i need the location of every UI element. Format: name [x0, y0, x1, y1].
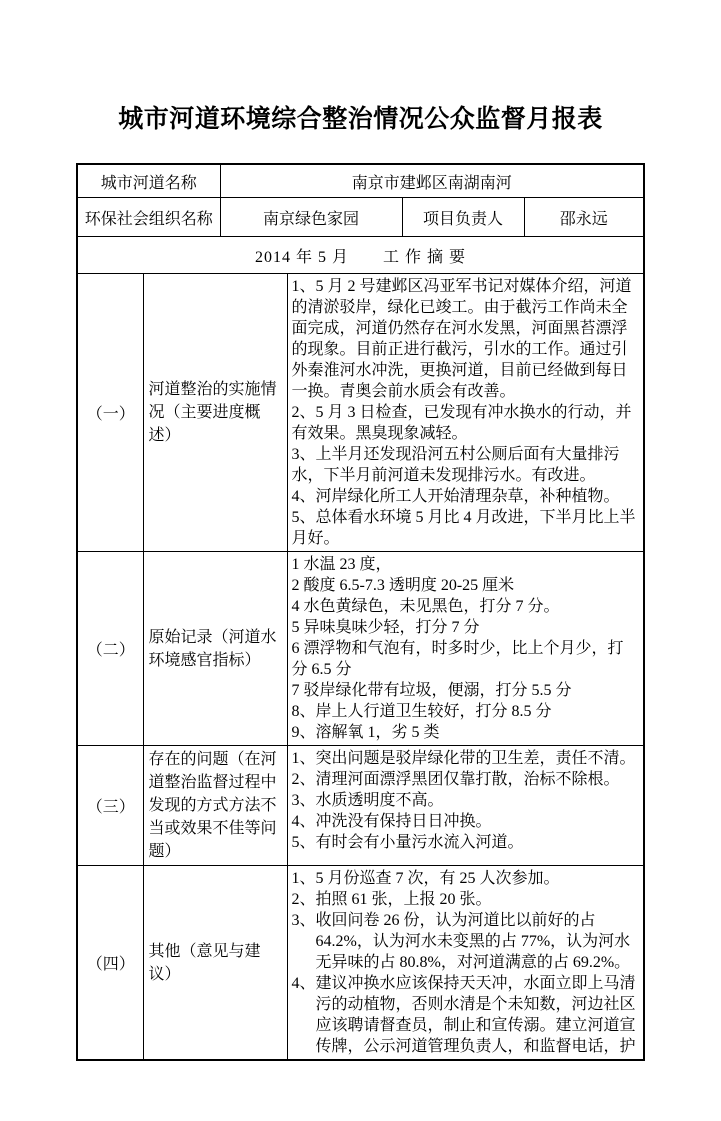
content-line: 4 水色黄绿色，未见黑色，打分 7 分。 — [292, 596, 640, 617]
content-line: 5、总体看水环境 5 月比 4 月改进，下半月比上半月好。 — [292, 507, 640, 549]
section-3-number: （三） — [77, 746, 144, 866]
content-line: 7 驳岸绿化带有垃圾，便溺，打分 5.5 分 — [292, 680, 640, 701]
content-line: 3、收回问卷 26 份，认为河道比以前好的占 64.2%，认为河水未变黑的占 7… — [292, 910, 640, 973]
section-2-content: 1 水温 23 度， 2 酸度 6.5-7.3 透明度 20-25 厘米 4 水… — [287, 552, 644, 746]
row-summary-header: 2014 年 5 月 工 作 摘 要 — [77, 237, 644, 274]
project-leader-value: 邵永远 — [524, 198, 644, 237]
river-name-value: 南京市建邺区南湖南河 — [220, 164, 644, 198]
content-line: 1、5 月 2 号建邺区冯亚军书记对媒体介绍，河道的清淤驳岸，绿化已竣工。由于截… — [292, 276, 640, 402]
section-1-number: （一） — [77, 274, 144, 552]
section-row-3: （三） 存在的问题（在河道整治监督过程中发现的方式方法不当或效果不佳等问题） 1… — [77, 746, 644, 866]
org-name-value: 南京绿色家园 — [220, 198, 402, 237]
section-3-content: 1、突出问题是驳岸绿化带的卫生差，责任不清。 2、清理河面漂浮黑团仅靠打散，治标… — [287, 746, 644, 866]
content-line: 4、建议冲换水应该保持天天冲，水面立即上马清污的动植物，否则水清是个未知数，河边… — [292, 973, 640, 1057]
content-line: 3、水质透明度不高。 — [292, 790, 640, 811]
section-2-number: （二） — [77, 552, 144, 746]
document-page: 城市河道环境综合整治情况公众监督月报表 城市河道名称 南京市建邺区南湖南河 环保… — [0, 0, 721, 1121]
org-name-label: 环保社会组织名称 — [77, 198, 220, 237]
content-line: 1、5 月份巡查 7 次，有 25 人次参加。 — [292, 868, 640, 889]
content-line: 9、溶解氧 1，劣 5 类 — [292, 722, 640, 743]
section-2-label: 原始记录（河道水环境感官指标） — [144, 552, 287, 746]
report-table: 城市河道名称 南京市建邺区南湖南河 环保社会组织名称 南京绿色家园 项目负责人 … — [76, 163, 645, 1061]
section-row-2: （二） 原始记录（河道水环境感官指标） 1 水温 23 度， 2 酸度 6.5-… — [77, 552, 644, 746]
content-line: 8、岸上人行道卫生较好，打分 8.5 分 — [292, 701, 640, 722]
section-1-content: 1、5 月 2 号建邺区冯亚军书记对媒体介绍，河道的清淤驳岸，绿化已竣工。由于截… — [287, 274, 644, 552]
page-title: 城市河道环境综合整治情况公众监督月报表 — [0, 0, 721, 135]
project-leader-label: 项目负责人 — [402, 198, 524, 237]
section-row-4: （四） 其他（意见与建议） 1、5 月份巡查 7 次，有 25 人次参加。 2、… — [77, 866, 644, 1061]
content-line: 2 酸度 6.5-7.3 透明度 20-25 厘米 — [292, 575, 640, 596]
content-line: 3、上半月还发现沿河五村公厕后面有大量排污水，下半月前河道未发现排污水。有改进。 — [292, 444, 640, 486]
section-4-label: 其他（意见与建议） — [144, 866, 287, 1061]
section-4-number: （四） — [77, 866, 144, 1061]
row-organization: 环保社会组织名称 南京绿色家园 项目负责人 邵永远 — [77, 198, 644, 237]
row-river-name: 城市河道名称 南京市建邺区南湖南河 — [77, 164, 644, 198]
content-line: 1 水温 23 度， — [292, 554, 640, 575]
content-line: 6 漂浮物和气泡有，时多时少，比上个月少，打分 6.5 分 — [292, 638, 640, 680]
river-name-label: 城市河道名称 — [77, 164, 220, 198]
section-3-label: 存在的问题（在河道整治监督过程中发现的方式方法不当或效果不佳等问题） — [144, 746, 287, 866]
content-line: 4、河岸绿化所工人开始清理杂草，补种植物。 — [292, 486, 640, 507]
content-line: 2、拍照 61 张，上报 20 张。 — [292, 889, 640, 910]
content-line: 2、清理河面漂浮黑团仅靠打散，治标不除根。 — [292, 769, 640, 790]
content-line: 5、有时会有小量污水流入河道。 — [292, 832, 640, 853]
content-line: 2、5 月 3 日检查，已发现有冲水换水的行动，并有效果。黑臭现象减轻。 — [292, 402, 640, 444]
summary-header: 2014 年 5 月 工 作 摘 要 — [77, 237, 644, 274]
content-line: 5 异味臭味少轻，打分 7 分 — [292, 617, 640, 638]
section-1-label: 河道整治的实施情况（主要进度概述） — [144, 274, 287, 552]
content-line: 1、突出问题是驳岸绿化带的卫生差，责任不清。 — [292, 748, 640, 769]
content-line: 4、冲洗没有保持日日冲换。 — [292, 811, 640, 832]
section-row-1: （一） 河道整治的实施情况（主要进度概述） 1、5 月 2 号建邺区冯亚军书记对… — [77, 274, 644, 552]
section-4-content: 1、5 月份巡查 7 次，有 25 人次参加。 2、拍照 61 张，上报 20 … — [287, 866, 644, 1061]
